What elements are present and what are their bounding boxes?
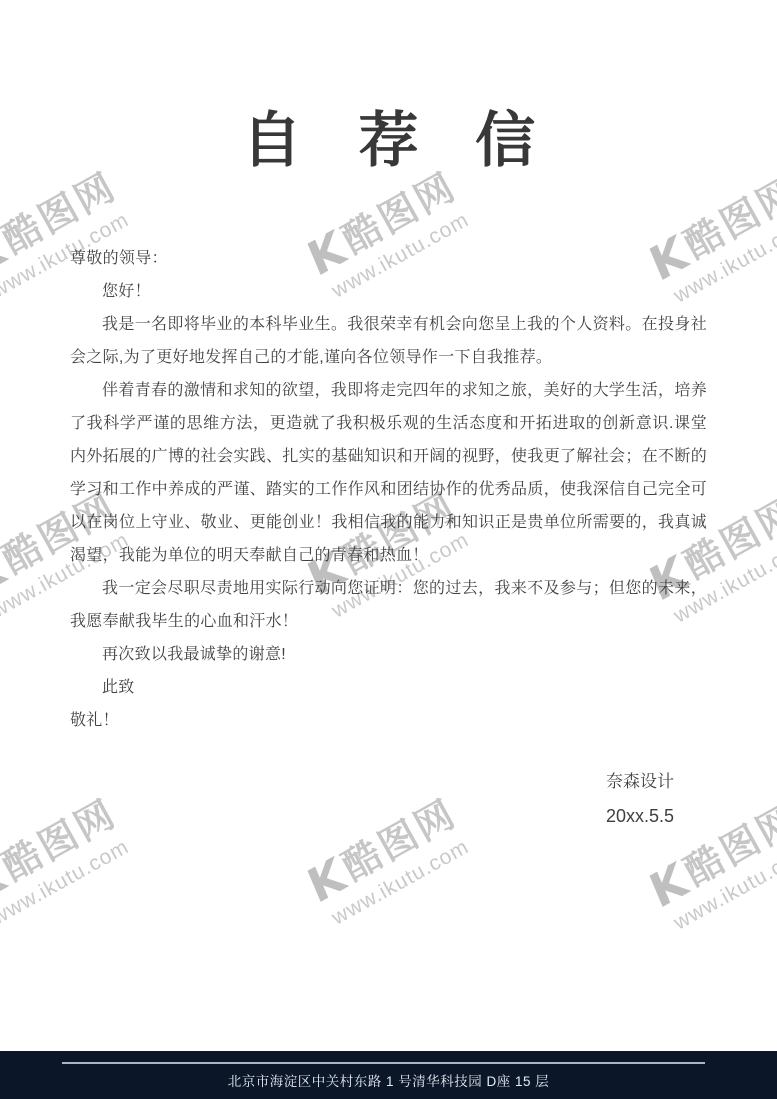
paragraph-thanks: 再次致以我最诚挚的谢意! xyxy=(70,638,707,671)
salutation: 尊敬的领导： xyxy=(70,242,707,275)
footer-address: 北京市海淀区中关村东路 1 号清华科技园 D座 15 层 xyxy=(0,1070,777,1090)
closing-jingli: 敬礼！ xyxy=(70,704,707,737)
letter-body: 尊敬的领导： 您好！ 我是一名即将毕业的本科毕业生。我很荣幸有机会向您呈上我的个… xyxy=(70,242,707,737)
footer-divider-line xyxy=(62,1062,705,1064)
closing-cizhi: 此致 xyxy=(70,671,707,704)
letter-title: 自 荐 信 xyxy=(0,106,777,175)
signature-date: 20xx.5.5 xyxy=(575,799,705,833)
letter-content: 自 荐 信 尊敬的领导： 您好！ 我是一名即将毕业的本科毕业生。我很荣幸有机会向… xyxy=(0,0,777,1099)
footer-bar: 北京市海淀区中关村东路 1 号清华科技园 D座 15 层 xyxy=(0,1051,777,1099)
greeting: 您好！ xyxy=(70,275,707,308)
paragraph-intro: 我是一名即将毕业的本科毕业生。我很荣幸有机会向您呈上我的个人资料。在投身社会之际… xyxy=(70,308,707,374)
signature-name: 奈森设计 xyxy=(575,765,705,799)
paragraph-promise: 我一定会尽职尽责地用实际行动向您证明：您的过去，我来不及参与；但您的未来，我愿奉… xyxy=(70,572,707,638)
signature-block: 奈森设计 20xx.5.5 xyxy=(575,765,705,833)
paragraph-main: 伴着青春的激情和求知的欲望，我即将走完四年的求知之旅，美好的大学生活，培养了我科… xyxy=(70,374,707,572)
letter-page: K酷图网 www.ikutu.com K酷图网 www.ikutu.com K酷… xyxy=(0,0,777,1099)
